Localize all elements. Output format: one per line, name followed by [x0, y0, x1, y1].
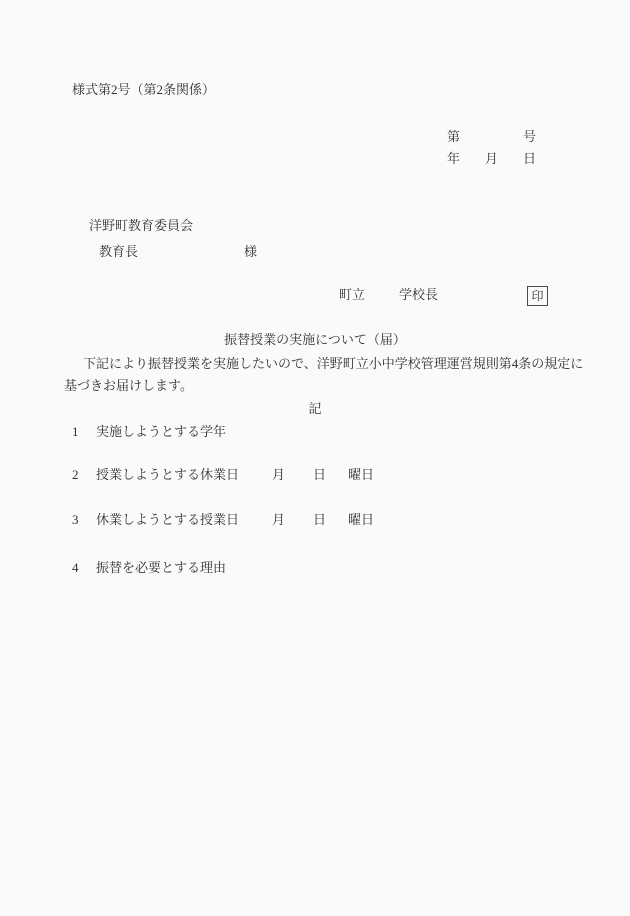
addressee-title: 教育長 — [99, 245, 138, 259]
item-number: 2 — [72, 468, 79, 482]
record-marker: 記 — [0, 402, 630, 416]
item-number: 4 — [72, 561, 79, 575]
date-month-label: 月 — [485, 152, 498, 166]
month-field-label: 月 — [272, 513, 285, 527]
date-year-label: 年 — [447, 152, 460, 166]
item-number: 1 — [72, 425, 79, 439]
item-label: 休業しようとする授業日 — [96, 513, 239, 527]
day-field-label: 日 — [313, 513, 326, 527]
doc-number-prefix: 第 — [447, 130, 460, 144]
day-field-label: 日 — [313, 468, 326, 482]
weekday-field-label: 曜日 — [348, 468, 374, 482]
item-number: 3 — [72, 513, 79, 527]
item-label: 実施しようとする学年 — [96, 425, 226, 439]
item-label: 振替を必要とする理由 — [96, 561, 226, 575]
doc-number-suffix: 号 — [523, 130, 536, 144]
seal-box: 印 — [527, 286, 548, 306]
month-field-label: 月 — [272, 468, 285, 482]
addressee-organization: 洋野町教育委員会 — [89, 219, 193, 233]
weekday-field-label: 曜日 — [348, 513, 374, 527]
sender-municipality: 町立 — [339, 288, 365, 302]
date-day-label: 日 — [523, 152, 536, 166]
form-number: 様式第2号（第2条関係） — [72, 83, 215, 97]
document-page: 様式第2号（第2条関係） 第 号 年 月 日 洋野町教育委員会 教育長 様 町立… — [0, 0, 630, 916]
page-title: 振替授業の実施について（届） — [0, 333, 630, 347]
seal-character: 印 — [531, 290, 543, 302]
item-label: 授業しようとする休業日 — [96, 468, 239, 482]
body-text-line1: 下記により振替授業を実施したいので、洋野町立小中学校管理運営規則第4条の規定に — [83, 357, 583, 371]
body-text-line2: 基づきお届けします。 — [64, 379, 193, 393]
sender-position: 学校長 — [399, 288, 438, 302]
addressee-honorific: 様 — [244, 245, 257, 259]
